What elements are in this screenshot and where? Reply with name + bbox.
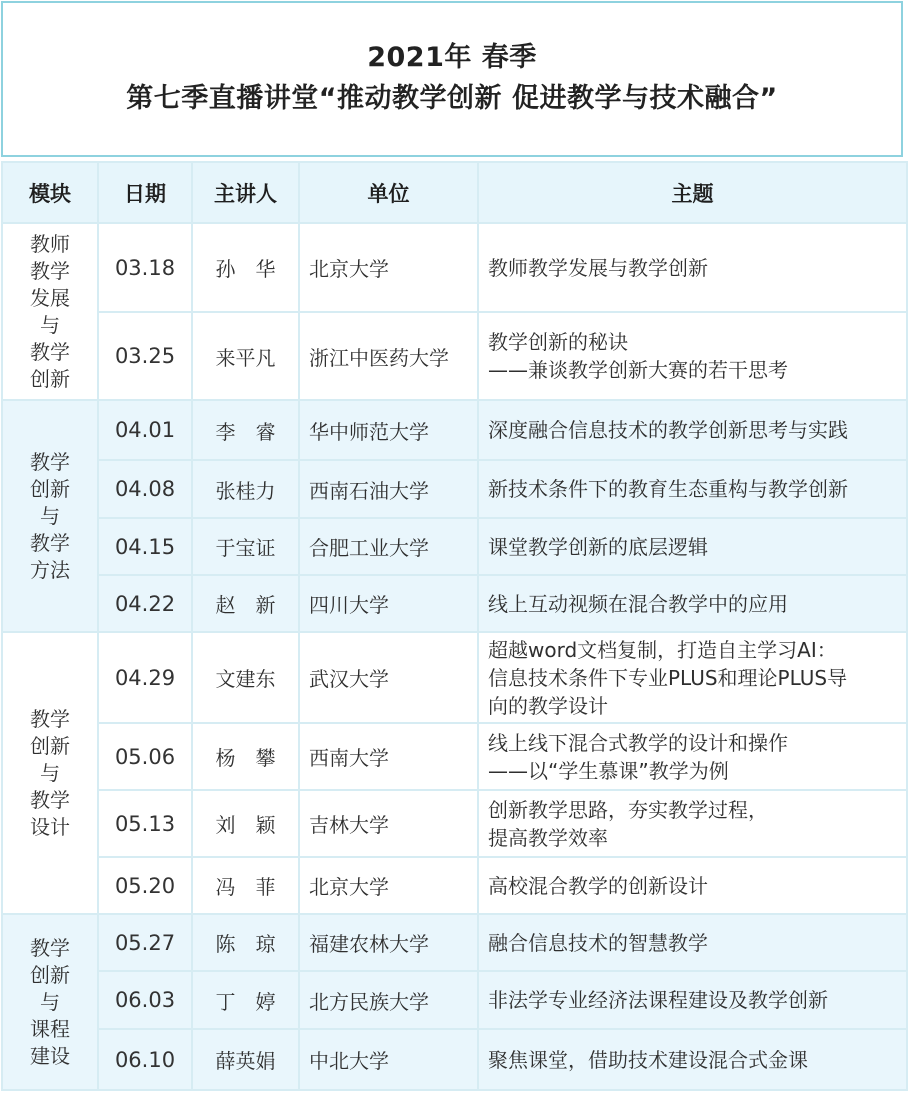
organization-cell: 西南大学: [299, 723, 478, 790]
organization-cell: 合肥工业大学: [299, 518, 478, 575]
module-label-line: 发展: [3, 285, 97, 312]
topic-line: 深度融合信息技术的教学创新思考与实践: [488, 416, 906, 444]
topic-line: 提高教学效率: [488, 824, 906, 852]
date-cell: 04.01: [98, 400, 192, 460]
header-topic: 主题: [478, 162, 907, 223]
module-label-line: 与: [3, 312, 97, 339]
organization-cell: 福建农林大学: [299, 914, 478, 971]
topic-line: 超越word文档复制，打造自主学习AI：: [488, 636, 906, 664]
speaker-cell: 杨 攀: [192, 723, 299, 790]
table-header-row: 模块 日期 主讲人 单位 主题: [2, 162, 907, 223]
module-label-line: 设计: [3, 814, 97, 841]
topic-line: 线上线下混合式教学的设计和操作: [488, 729, 906, 757]
table-row: 教学创新与教学设计04.29文建东武汉大学超越word文档复制，打造自主学习AI…: [2, 632, 907, 723]
speaker-cell: 来平凡: [192, 312, 299, 400]
date-cell: 03.18: [98, 223, 192, 312]
organization-cell: 华中师范大学: [299, 400, 478, 460]
module-label-line: 创新: [3, 476, 97, 503]
module-label-line: 课程: [3, 1016, 97, 1043]
date-cell: 03.25: [98, 312, 192, 400]
date-cell: 04.22: [98, 575, 192, 632]
topic-line: 新技术条件下的教育生态重构与教学创新: [488, 475, 906, 503]
date-cell: 04.15: [98, 518, 192, 575]
module-cell: 教师教学发展与教学创新: [2, 223, 98, 400]
speaker-cell: 陈 琼: [192, 914, 299, 971]
organization-cell: 西南石油大学: [299, 460, 478, 518]
topic-line: 非法学专业经济法课程建设及教学创新: [488, 986, 906, 1014]
module-label-line: 教师: [3, 231, 97, 258]
table-row: 03.25来平凡浙江中医药大学教学创新的秘诀——兼谈教学创新大赛的若干思考: [2, 312, 907, 400]
topic-cell: 非法学专业经济法课程建设及教学创新: [478, 971, 907, 1029]
topic-cell: 融合信息技术的智慧教学: [478, 914, 907, 971]
table-row: 04.22赵 新四川大学线上互动视频在混合教学中的应用: [2, 575, 907, 632]
topic-cell: 线上互动视频在混合教学中的应用: [478, 575, 907, 632]
module-label-line: 与: [3, 503, 97, 530]
title-box: 2021年 春季 第七季直播讲堂“推动教学创新 促进教学与技术融合”: [1, 1, 903, 157]
date-cell: 05.13: [98, 790, 192, 857]
speaker-cell: 丁 婷: [192, 971, 299, 1029]
topic-cell: 深度融合信息技术的教学创新思考与实践: [478, 400, 907, 460]
module-label-line: 教学: [3, 449, 97, 476]
organization-cell: 北方民族大学: [299, 971, 478, 1029]
module-label-line: 与: [3, 760, 97, 787]
topic-cell: 创新教学思路，夯实教学过程，提高教学效率: [478, 790, 907, 857]
topic-cell: 线上线下混合式教学的设计和操作——以“学生慕课”教学为例: [478, 723, 907, 790]
speaker-cell: 李 睿: [192, 400, 299, 460]
module-label-line: 教学: [3, 706, 97, 733]
date-cell: 04.29: [98, 632, 192, 723]
speaker-cell: 张桂力: [192, 460, 299, 518]
module-label-line: 教学: [3, 258, 97, 285]
speaker-cell: 于宝证: [192, 518, 299, 575]
organization-cell: 吉林大学: [299, 790, 478, 857]
schedule-table: 模块 日期 主讲人 单位 主题 教师教学发展与教学创新03.18孙 华北京大学教…: [1, 161, 908, 1091]
topic-cell: 高校混合教学的创新设计: [478, 857, 907, 914]
header-organization: 单位: [299, 162, 478, 223]
table-row: 05.06杨 攀西南大学线上线下混合式教学的设计和操作——以“学生慕课”教学为例: [2, 723, 907, 790]
module-label-line: 创新: [3, 366, 97, 393]
module-label-line: 教学: [3, 530, 97, 557]
date-cell: 04.08: [98, 460, 192, 518]
topic-line: ——兼谈教学创新大赛的若干思考: [488, 356, 906, 384]
table-row: 教学创新与课程建设05.27陈 琼福建农林大学融合信息技术的智慧教学: [2, 914, 907, 971]
header-speaker: 主讲人: [192, 162, 299, 223]
module-label-line: 建设: [3, 1043, 97, 1070]
module-label-line: 创新: [3, 733, 97, 760]
table-row: 教学创新与教学方法04.01李 睿华中师范大学深度融合信息技术的教学创新思考与实…: [2, 400, 907, 460]
topic-cell: 教学创新的秘诀——兼谈教学创新大赛的若干思考: [478, 312, 907, 400]
table-row: 06.03丁 婷北方民族大学非法学专业经济法课程建设及教学创新: [2, 971, 907, 1029]
topic-cell: 教师教学发展与教学创新: [478, 223, 907, 312]
header-date: 日期: [98, 162, 192, 223]
module-label-line: 方法: [3, 557, 97, 584]
date-cell: 05.06: [98, 723, 192, 790]
topic-cell: 新技术条件下的教育生态重构与教学创新: [478, 460, 907, 518]
speaker-cell: 赵 新: [192, 575, 299, 632]
topic-line: 教师教学发展与教学创新: [488, 254, 906, 282]
topic-line: 创新教学思路，夯实教学过程，: [488, 796, 906, 824]
topic-line: 线上互动视频在混合教学中的应用: [488, 590, 906, 618]
speaker-cell: 孙 华: [192, 223, 299, 312]
topic-line: 向的教学设计: [488, 692, 906, 720]
organization-cell: 中北大学: [299, 1029, 478, 1090]
topic-cell: 超越word文档复制，打造自主学习AI：信息技术条件下专业PLUS和理论PLUS…: [478, 632, 907, 723]
module-label-line: 教学: [3, 339, 97, 366]
table-row: 06.10薛英娟中北大学聚焦课堂，借助技术建设混合式金课: [2, 1029, 907, 1090]
topic-line: 课堂教学创新的底层逻辑: [488, 533, 906, 561]
date-cell: 06.03: [98, 971, 192, 1029]
topic-cell: 课堂教学创新的底层逻辑: [478, 518, 907, 575]
table-row: 05.13刘 颖吉林大学创新教学思路，夯实教学过程，提高教学效率: [2, 790, 907, 857]
topic-line: 聚焦课堂，借助技术建设混合式金课: [488, 1046, 906, 1074]
topic-line: 信息技术条件下专业PLUS和理论PLUS导: [488, 664, 906, 692]
topic-line: ——以“学生慕课”教学为例: [488, 757, 906, 785]
title-year-season: 2021年 春季: [367, 40, 537, 76]
module-cell: 教学创新与教学方法: [2, 400, 98, 632]
speaker-cell: 刘 颖: [192, 790, 299, 857]
table-row: 05.20冯 菲北京大学高校混合教学的创新设计: [2, 857, 907, 914]
date-cell: 06.10: [98, 1029, 192, 1090]
speaker-cell: 文建东: [192, 632, 299, 723]
speaker-cell: 冯 菲: [192, 857, 299, 914]
organization-cell: 四川大学: [299, 575, 478, 632]
topic-line: 教学创新的秘诀: [488, 328, 906, 356]
header-module: 模块: [2, 162, 98, 223]
date-cell: 05.20: [98, 857, 192, 914]
module-label-line: 教学: [3, 787, 97, 814]
module-label-line: 教学: [3, 935, 97, 962]
topic-line: 融合信息技术的智慧教学: [488, 929, 906, 957]
table-row: 教师教学发展与教学创新03.18孙 华北京大学教师教学发展与教学创新: [2, 223, 907, 312]
title-event-name: 第七季直播讲堂“推动教学创新 促进教学与技术融合”: [126, 80, 777, 118]
module-cell: 教学创新与教学设计: [2, 632, 98, 914]
organization-cell: 武汉大学: [299, 632, 478, 723]
speaker-cell: 薛英娟: [192, 1029, 299, 1090]
organization-cell: 浙江中医药大学: [299, 312, 478, 400]
organization-cell: 北京大学: [299, 223, 478, 312]
module-label-line: 创新: [3, 962, 97, 989]
date-cell: 05.27: [98, 914, 192, 971]
table-row: 04.08张桂力西南石油大学新技术条件下的教育生态重构与教学创新: [2, 460, 907, 518]
module-label-line: 与: [3, 989, 97, 1016]
topic-line: 高校混合教学的创新设计: [488, 872, 906, 900]
topic-cell: 聚焦课堂，借助技术建设混合式金课: [478, 1029, 907, 1090]
module-cell: 教学创新与课程建设: [2, 914, 98, 1090]
table-row: 04.15于宝证合肥工业大学课堂教学创新的底层逻辑: [2, 518, 907, 575]
organization-cell: 北京大学: [299, 857, 478, 914]
